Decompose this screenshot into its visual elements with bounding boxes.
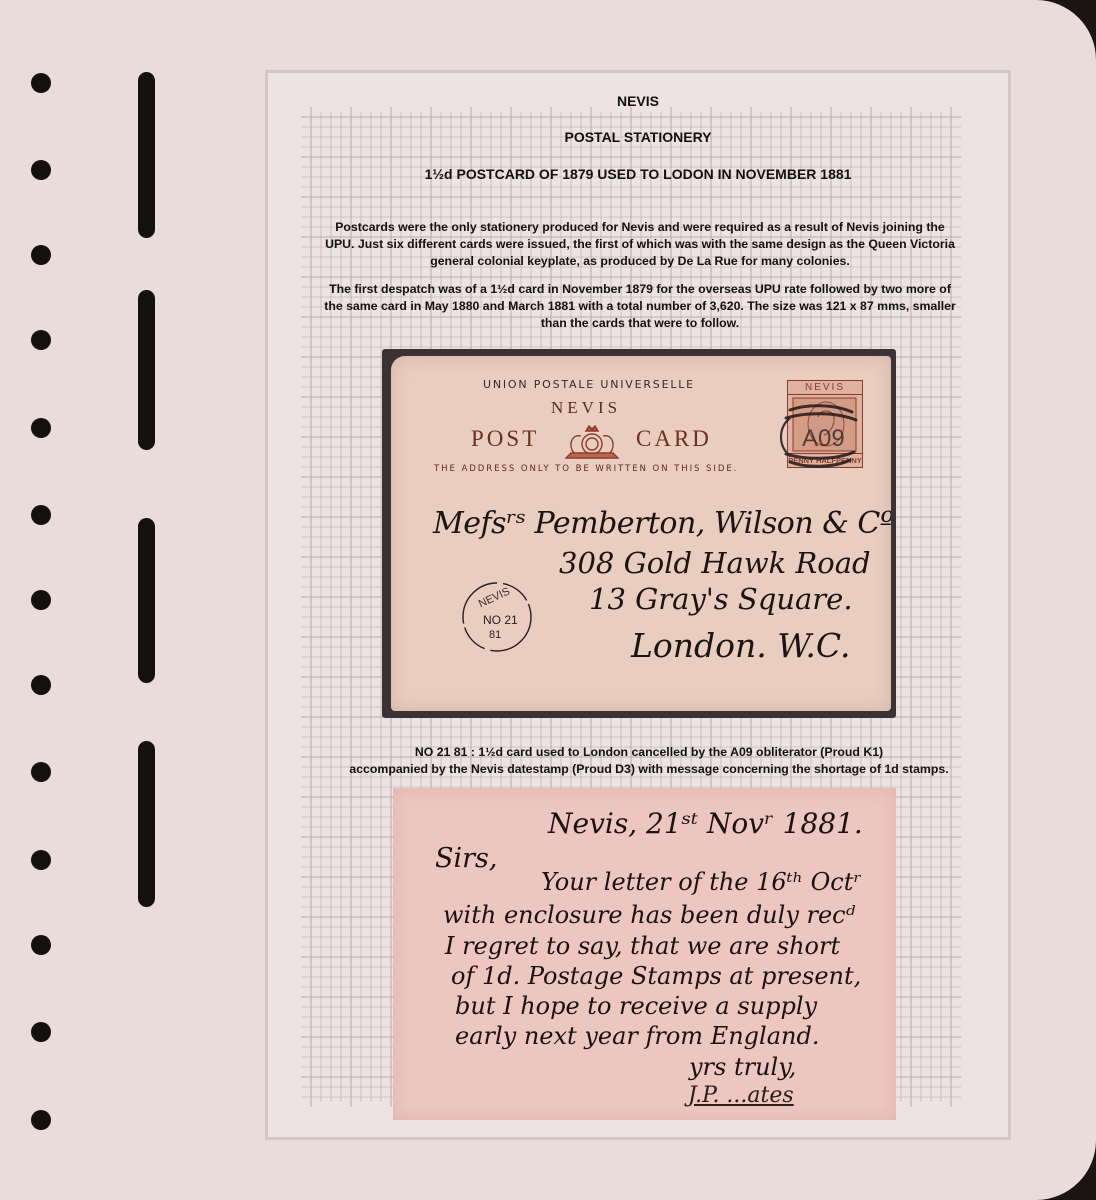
royal-crest-icon	[561, 422, 623, 462]
address-line-1: Mefsʳˢ Pemberton, Wilson & Cº	[433, 506, 891, 541]
address-line-2: 308 Gold Hawk Road	[559, 546, 871, 580]
address-line-4: London. W.C.	[631, 626, 850, 665]
binder-hole	[31, 675, 51, 695]
binder-slot	[138, 72, 155, 238]
binder-hole	[31, 73, 51, 93]
post-word: POST	[471, 426, 539, 452]
message-line: but I hope to receive a supply	[455, 992, 817, 1020]
binder-hole	[31, 935, 51, 955]
binder-slot	[138, 741, 155, 907]
message-salutation: Sirs,	[435, 843, 497, 874]
upu-header: UNION POSTALE UNIVERSELLE	[483, 378, 695, 391]
binder-hole	[31, 1110, 51, 1130]
binder-hole	[31, 160, 51, 180]
caption-line-2: accompanied by the Nevis datestamp (Prou…	[315, 761, 983, 778]
binder-hole	[31, 1022, 51, 1042]
postcard: UNION POSTALE UNIVERSELLE NEVIS POST CAR…	[391, 356, 891, 711]
address-line-3: 13 Gray's Square.	[589, 582, 853, 616]
message-line: I regret to say, that we are short	[445, 932, 840, 960]
nevis-datestamp-icon: NEVIS NO 21 81	[461, 576, 533, 658]
binder-hole	[31, 762, 51, 782]
message-signature: J.P. ...ates	[688, 1083, 794, 1108]
a09-obliterator-cancel-icon: A09	[776, 396, 866, 476]
message-closing: yrs truly,	[689, 1053, 796, 1081]
page-title: NEVIS	[300, 93, 976, 109]
binder-hole	[31, 590, 51, 610]
svg-text:81: 81	[489, 629, 501, 641]
caption-line-1: NO 21 81 : 1½d card used to London cance…	[315, 744, 983, 761]
item-caption: NO 21 81 : 1½d card used to London cance…	[315, 744, 983, 778]
binder-hole	[31, 505, 51, 525]
message-date: Nevis, 21ˢᵗ Novʳ 1881.	[548, 807, 863, 840]
message-side: Nevis, 21ˢᵗ Novʳ 1881. Sirs, Your letter…	[393, 788, 896, 1120]
address-instruction: THE ADDRESS ONLY TO BE WRITTEN ON THIS S…	[434, 464, 738, 474]
card-word: CARD	[636, 426, 712, 452]
margin-watermark	[118, 510, 134, 700]
binder-hole	[31, 850, 51, 870]
svg-text:NEVIS: NEVIS	[477, 585, 512, 610]
page-subtitle: POSTAL STATIONERY	[300, 129, 976, 145]
description-paragraph-1: Postcards were the only stationery produ…	[320, 219, 960, 270]
message-line: early next year from England.	[455, 1022, 819, 1050]
svg-text:A09: A09	[802, 425, 845, 452]
binder-hole	[31, 330, 51, 350]
description-paragraph-2: The first despatch was of a 1½d card in …	[320, 281, 960, 332]
message-line: with enclosure has been duly recᵈ	[443, 901, 855, 929]
binder-hole	[31, 245, 51, 265]
page-heading: 1½d POSTCARD OF 1879 USED TO LODON IN NO…	[300, 166, 976, 182]
binder-slot	[138, 518, 155, 683]
binder-slot	[138, 290, 155, 450]
country-name: NEVIS	[551, 398, 621, 418]
album-page: NEVIS POSTAL STATIONERY 1½d POSTCARD OF …	[0, 0, 1096, 1200]
message-line: Your letter of the 16ᵗʰ Octʳ	[541, 868, 862, 896]
svg-text:NO 21: NO 21	[483, 613, 518, 627]
message-line: of 1d. Postage Stamps at present,	[451, 962, 861, 990]
binder-hole	[31, 418, 51, 438]
